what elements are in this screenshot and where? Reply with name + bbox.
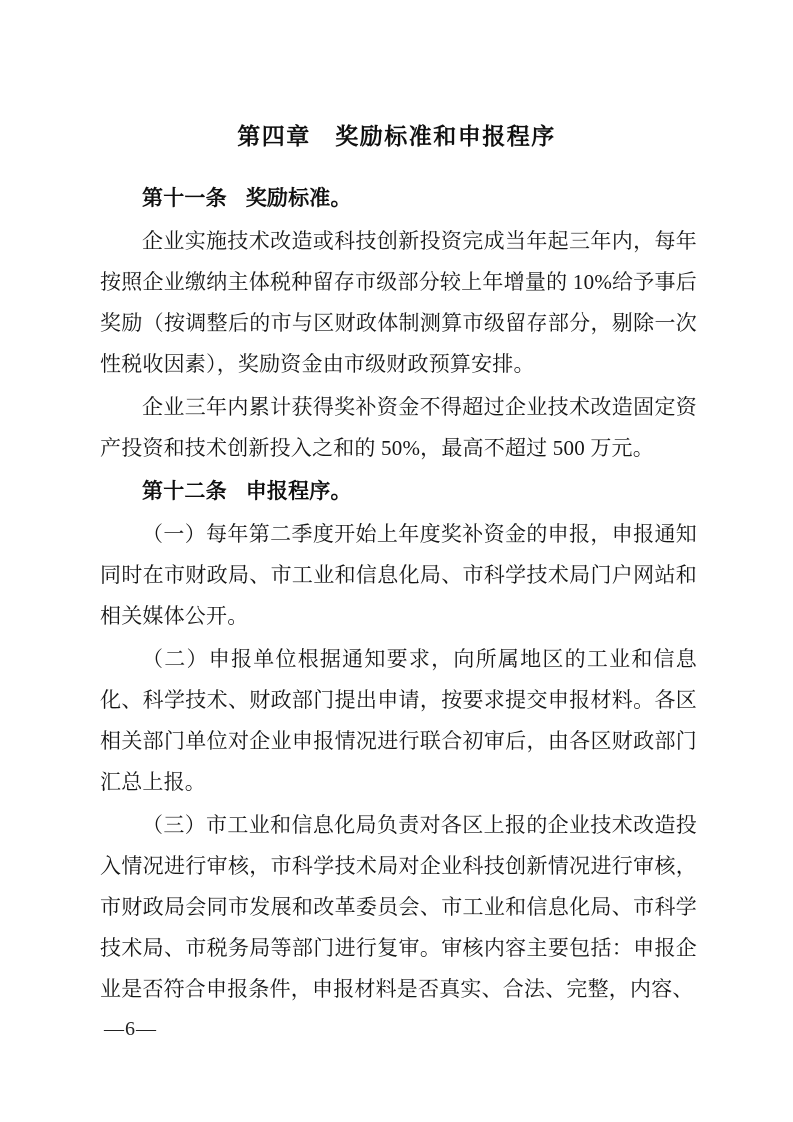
paragraph-procedure-item-1: （一）每年第二季度开始上年度奖补资金的申报，申报通知同时在市财政局、市工业和信息… <box>100 514 697 637</box>
paragraph-procedure-item-3: （三）市工业和信息化局负责对各区上报的企业技术改造投入情况进行审核，市科学技术局… <box>100 805 697 1010</box>
article-12-heading: 第十二条申报程序。 <box>100 471 697 512</box>
page-number: —6— <box>104 1014 157 1044</box>
article-11-title: 奖励标准。 <box>246 186 352 210</box>
document-body: 第十一条奖励标准。 企业实施技术改造或科技创新投资完成当年起三年内，每年按照企业… <box>100 178 697 1012</box>
paragraph-reward-standard: 企业实施技术改造或科技创新投资完成当年起三年内，每年按照企业缴纳主体税种留存市级… <box>100 221 697 385</box>
article-11-heading: 第十一条奖励标准。 <box>100 178 697 219</box>
paragraph-procedure-item-2: （二）申报单位根据通知要求，向所属地区的工业和信息化、科学技术、财政部门提出申请… <box>100 639 697 803</box>
article-12-title: 申报程序。 <box>246 479 352 503</box>
article-11-label: 第十一条 <box>142 186 227 210</box>
document-page: 第四章 奖励标准和申报程序 第十一条奖励标准。 企业实施技术改造或科技创新投资完… <box>0 0 793 1122</box>
paragraph-reward-cap: 企业三年内累计获得奖补资金不得超过企业技术改造固定资产投资和技术创新投入之和的 … <box>100 387 697 469</box>
article-12-label: 第十二条 <box>142 479 227 503</box>
chapter-title: 第四章 奖励标准和申报程序 <box>0 118 793 151</box>
